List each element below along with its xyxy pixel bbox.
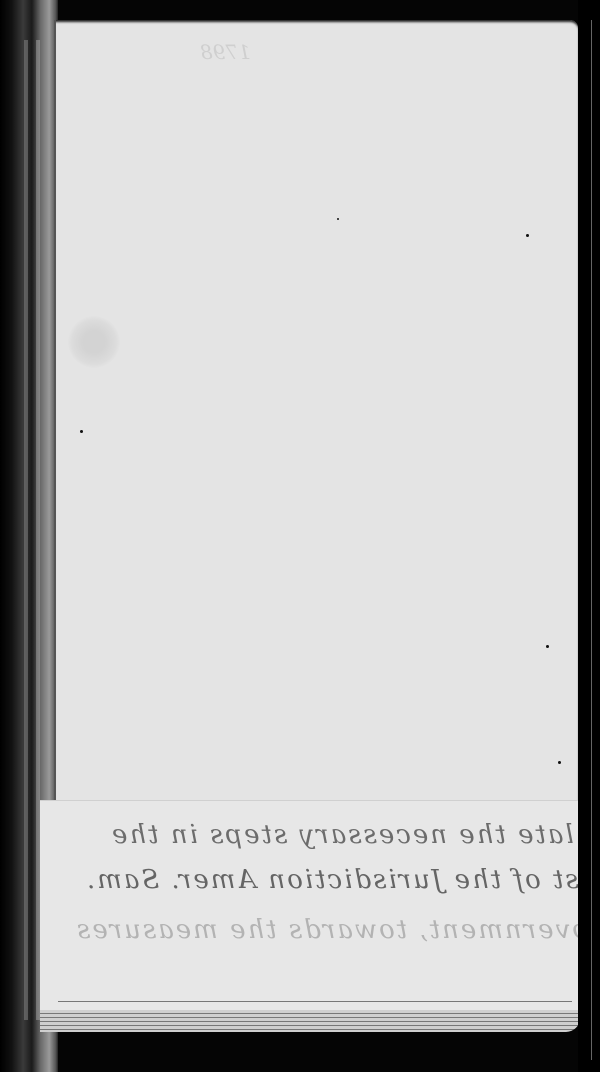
right-edge-line: [591, 20, 592, 1060]
speck: [80, 430, 83, 433]
strip-rule: [58, 1001, 572, 1002]
spine-stripe: [24, 40, 28, 1020]
handwriting-line-1: late the necessary steps in the: [110, 820, 574, 850]
handwriting-line-2: cost of the Jurisdiction Amer. Sam.: [85, 865, 600, 895]
header-mark: 1798: [200, 40, 251, 64]
handwriting-line-3: government, towards the measures: [75, 915, 600, 945]
speck: [526, 234, 529, 237]
paper-stain: [68, 316, 120, 368]
right-border: [578, 0, 600, 1072]
speck: [546, 645, 549, 648]
page-stack-edge: [40, 1010, 580, 1032]
speck: [337, 218, 339, 220]
speck: [558, 761, 561, 764]
